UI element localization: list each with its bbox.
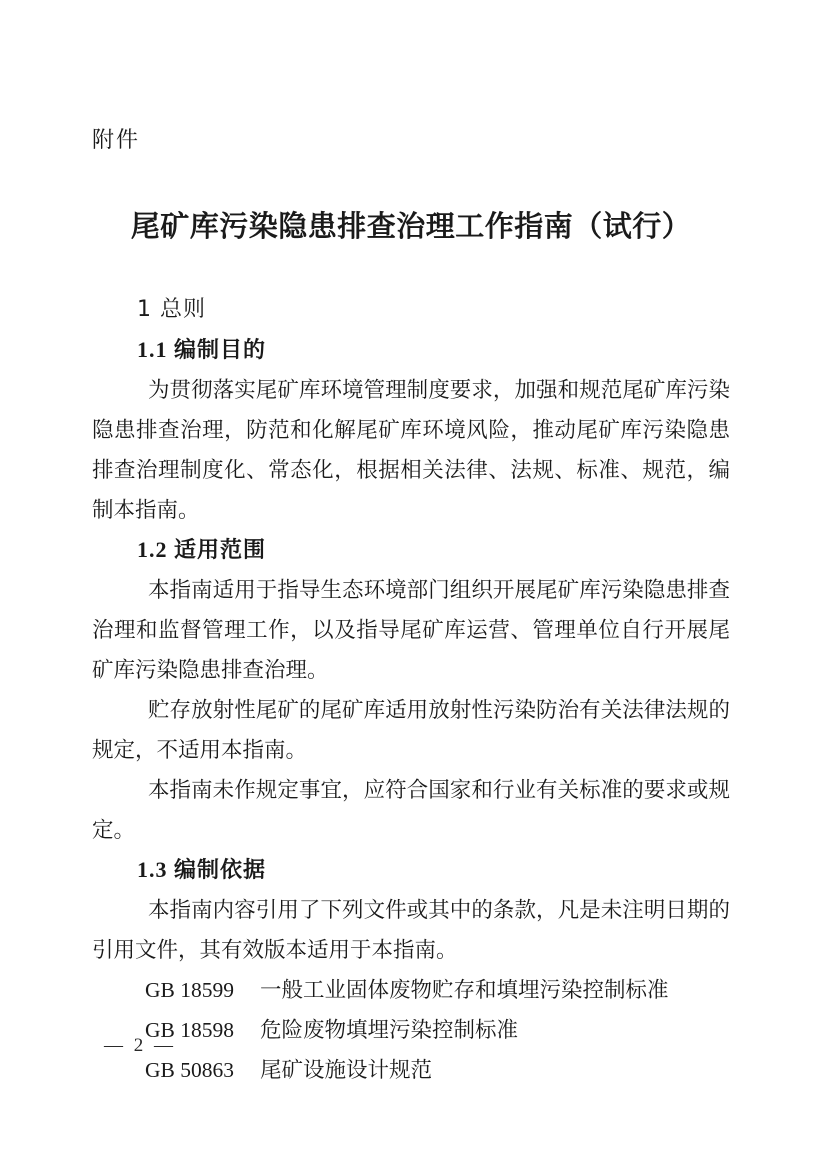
document-page: 附件 尾矿库污染隐患排查治理工作指南（试行） 1 总则 1.1 编制目的 为贯彻… bbox=[0, 0, 826, 1169]
reference-item: GB 18599一般工业固体废物贮存和填埋污染控制标准 bbox=[92, 970, 730, 1010]
section-1-1-paragraph: 为贯彻落实尾矿库环境管理制度要求，加强和规范尾矿库污染隐患排查治理，防范和化解尾… bbox=[92, 370, 730, 530]
chapter-1-heading: 1 总则 bbox=[92, 290, 730, 330]
reference-item: GB 18598危险废物填埋污染控制标准 bbox=[92, 1010, 730, 1050]
reference-title: 一般工业固体废物贮存和填埋污染控制标准 bbox=[260, 978, 669, 1002]
section-1-3-paragraph: 本指南内容引用了下列文件或其中的条款，凡是未注明日期的引用文件，其有效版本适用于… bbox=[92, 890, 730, 970]
reference-title: 危险废物填埋污染控制标准 bbox=[260, 1018, 518, 1042]
section-1-3-heading: 1.3 编制依据 bbox=[92, 850, 730, 890]
page-number: — 2 — bbox=[104, 1032, 176, 1060]
document-title: 尾矿库污染隐患排查治理工作指南（试行） bbox=[92, 203, 730, 251]
attachment-label: 附件 bbox=[92, 121, 730, 161]
section-1-2-paragraph-3: 本指南未作规定事宜，应符合国家和行业有关标准的要求或规定。 bbox=[92, 770, 730, 850]
section-1-1-heading: 1.1 编制目的 bbox=[92, 330, 730, 370]
reference-title: 尾矿设施设计规范 bbox=[260, 1058, 432, 1082]
section-1-2-paragraph-1: 本指南适用于指导生态环境部门组织开展尾矿库污染隐患排查治理和监督管理工作，以及指… bbox=[92, 570, 730, 690]
section-1-2-heading: 1.2 适用范围 bbox=[92, 530, 730, 570]
reference-code: GB 18599 bbox=[145, 978, 234, 1002]
reference-item: GB 50863尾矿设施设计规范 bbox=[92, 1050, 730, 1090]
reference-code: GB 50863 bbox=[145, 1058, 234, 1082]
section-1-2-paragraph-2: 贮存放射性尾矿的尾矿库适用放射性污染防治有关法律法规的规定，不适用本指南。 bbox=[92, 690, 730, 770]
